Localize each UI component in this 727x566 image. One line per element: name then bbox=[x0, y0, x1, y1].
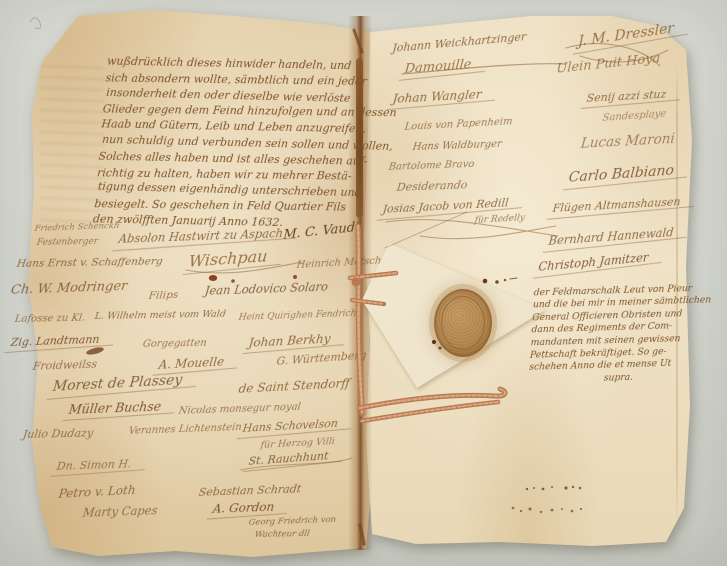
wax-seal bbox=[434, 289, 492, 357]
signature: Wachteur dll bbox=[254, 529, 310, 540]
signature: A. Gordon bbox=[212, 500, 275, 516]
signature: Marty Capes bbox=[82, 503, 158, 520]
signature: Lafosse zu Kl. bbox=[14, 313, 86, 325]
signature: Filips bbox=[148, 289, 179, 302]
signature: Gorgegatten bbox=[142, 338, 207, 350]
seal-note-block: der Feldmarschalk Leut von Pieur und die… bbox=[528, 282, 714, 386]
signature: Festenberger bbox=[36, 237, 99, 248]
signature: Froidweilss bbox=[32, 358, 98, 373]
wax-seal-impression bbox=[441, 296, 485, 350]
signature: Zig. Landtmann bbox=[10, 333, 100, 349]
signature: Desiderando bbox=[396, 178, 468, 194]
body-text-block: wußdrücklich dieses hinwider handeln, un… bbox=[92, 54, 375, 233]
signature: Julio Dudazy bbox=[22, 427, 94, 441]
signature: Johan Berkhy bbox=[248, 332, 331, 350]
signature: A. Mouelle bbox=[158, 354, 225, 372]
signature: Müller Buchse bbox=[68, 399, 162, 417]
signature: L. Wilhelm meist vom Wald bbox=[94, 309, 227, 322]
signature: Dn. Simon H. bbox=[56, 457, 132, 473]
signature: Senij azzi stuz bbox=[586, 88, 667, 105]
photographed-manuscript: wußdrücklich dieses hinwider handeln, un… bbox=[0, 0, 727, 566]
